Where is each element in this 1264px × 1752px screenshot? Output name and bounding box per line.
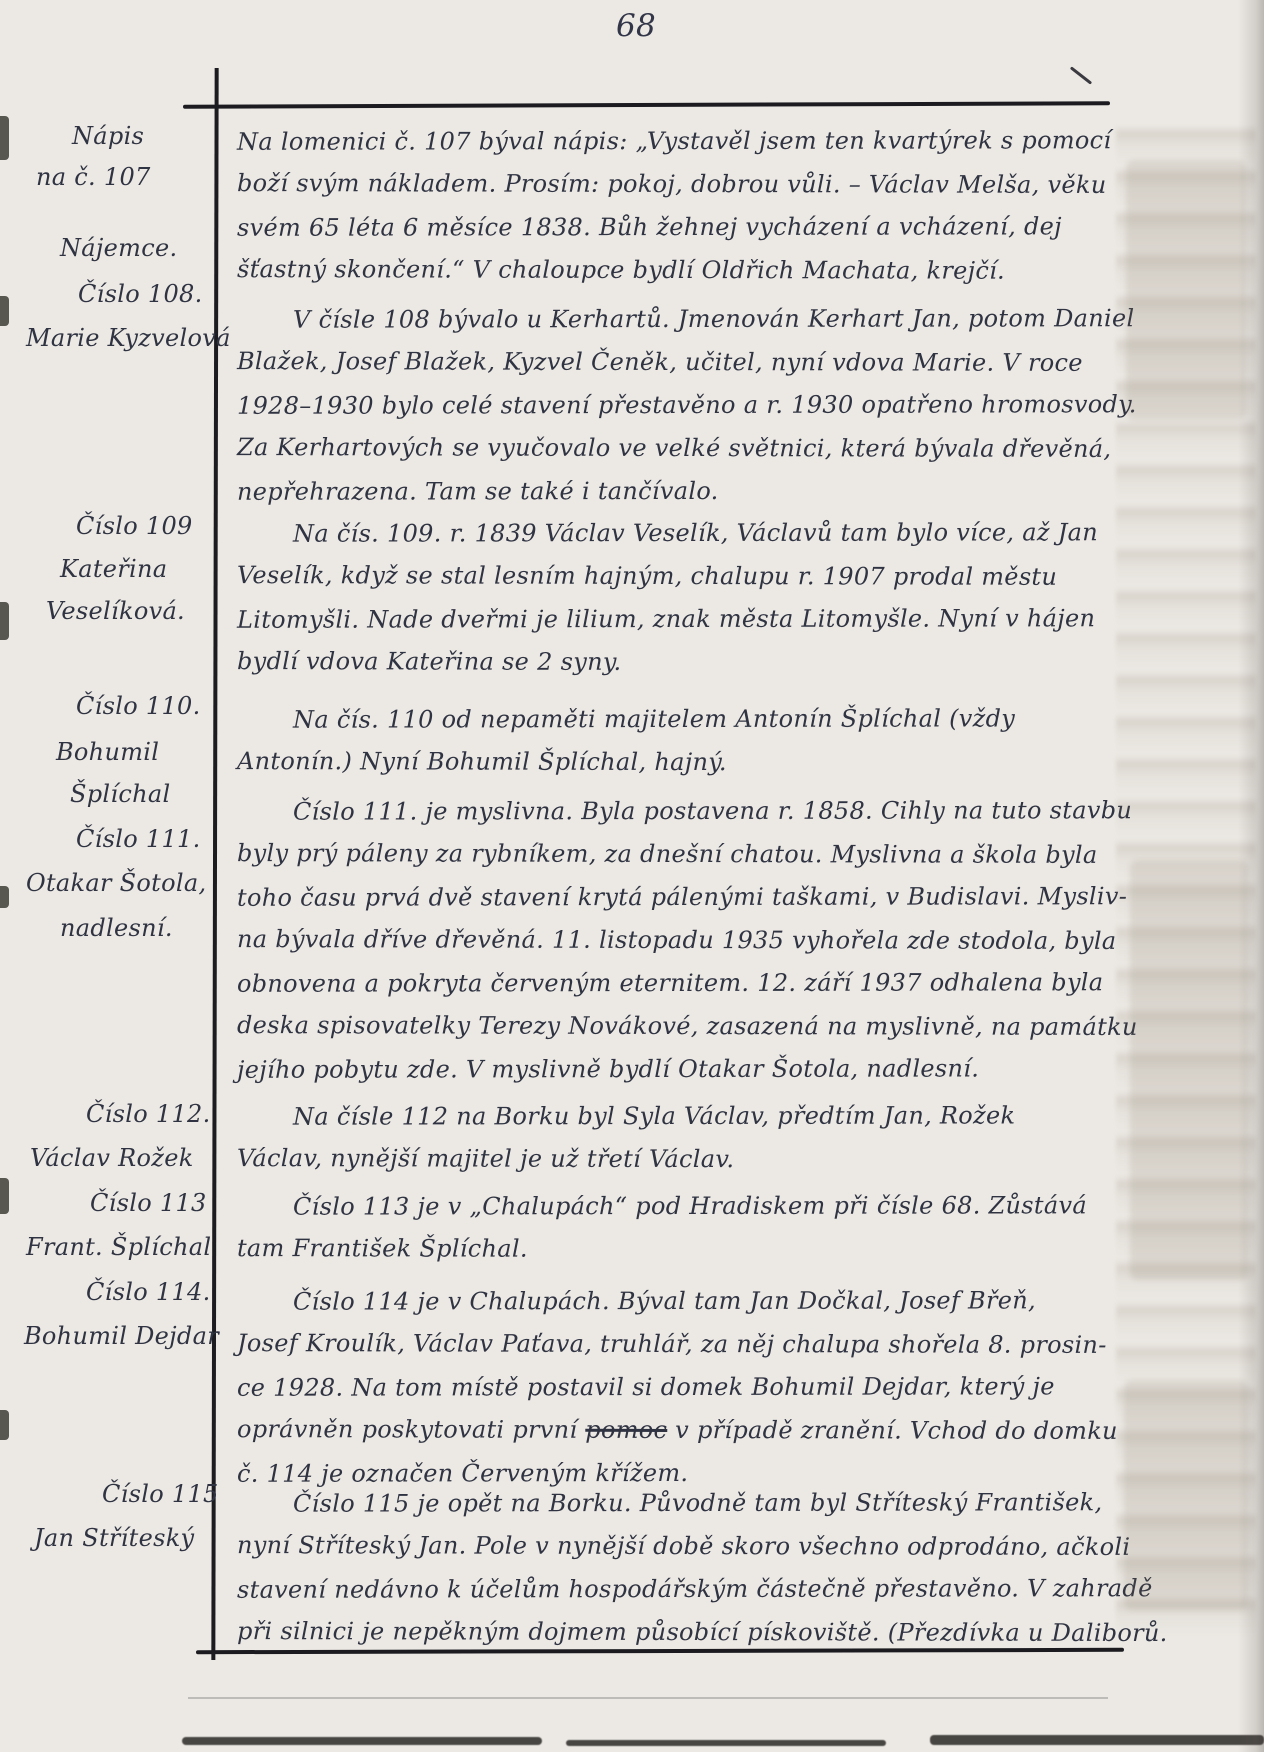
top-rule (183, 101, 1110, 109)
margin-rule (211, 68, 218, 1660)
bleed-through-blob (1126, 160, 1246, 420)
text-line: Číslo 113 je v „Chalupách“ pod Hradiskem… (237, 1184, 1125, 1229)
margin-note: Bohumil Dejdar (24, 1322, 219, 1350)
paragraph: V čísle 108 bývalo u Kerhartů. Jmenován … (237, 298, 1125, 513)
margin-note: Číslo 109 (76, 512, 193, 540)
scan-artifact (0, 296, 9, 326)
chronicle-page-scan: 68 Nápisna č. 107Nájemce.Číslo 108.Marie… (0, 0, 1264, 1752)
margin-note: Číslo 111. (76, 825, 201, 853)
scan-artifact (0, 886, 9, 908)
text-line: nyní Stříteský Jan. Pole v nynější době … (237, 1524, 1125, 1569)
text-line: oprávněn poskytovati první pomoc v přípa… (237, 1408, 1125, 1453)
scan-artifact (0, 1410, 9, 1440)
text-line: boží svým nákladem. Prosím: pokoj, dobro… (237, 162, 1125, 207)
margin-note: Jan Stříteský (34, 1524, 194, 1552)
paragraph: Na čís. 110 od nepaměti majitelem Antoní… (237, 698, 1125, 784)
paragraph: Číslo 113 je v „Chalupách“ pod Hradiskem… (237, 1185, 1125, 1271)
text-line: 1928–1930 bylo celé stavení přestavěno a… (237, 383, 1125, 428)
text-line: jejího pobytu zde. V myslivně bydlí Otak… (237, 1047, 1125, 1092)
margin-note: Číslo 112. (86, 1100, 211, 1128)
text-line: Na čís. 109. r. 1839 Václav Veselík, Vác… (237, 511, 1125, 556)
scan-artifact (0, 602, 9, 640)
text-line: Číslo 114 je v Chalupách. Býval tam Jan … (237, 1279, 1125, 1324)
text-line: šťastný skončení.“ V chaloupce bydlí Old… (237, 248, 1125, 293)
text-line: stavení nedávno k účelům hospodářským čá… (237, 1567, 1125, 1612)
margin-note: Václav Rožek (30, 1144, 194, 1172)
scan-artifact (930, 1735, 1264, 1745)
pen-mark (1070, 66, 1092, 84)
paragraph: Číslo 111. je myslivna. Byla postavena r… (237, 790, 1125, 1091)
text-line: Litomyšli. Nade dveřmi je lilium, znak m… (237, 597, 1125, 642)
margin-note: na č. 107 (36, 163, 151, 191)
paragraph: Číslo 115 je opět na Borku. Původně tam … (237, 1482, 1125, 1654)
margin-note: Číslo 114. (86, 1278, 211, 1306)
margin-note: Číslo 108. (78, 280, 203, 308)
margin-note: Frant. Šplíchal (26, 1233, 211, 1261)
text-line: Na čís. 110 od nepaměti majitelem Antoní… (237, 697, 1125, 742)
margin-note: Číslo 110. (76, 692, 201, 720)
text-line: Číslo 111. je myslivna. Byla postavena r… (237, 789, 1125, 834)
scan-artifact (0, 116, 9, 160)
text-line: na bývala dříve dřevěná. 11. listopadu 1… (237, 918, 1125, 963)
text-line: při silnici je nepěkným dojmem působící … (237, 1610, 1125, 1655)
text-segment: v případě zranění. Vchod do domku (667, 1416, 1118, 1445)
text-line: Václav, nynější majitel je už třetí Václ… (237, 1137, 1125, 1182)
text-line: obnovena a pokryta červeným eternitem. 1… (237, 961, 1125, 1006)
text-line: deska spisovatelky Terezy Novákové, zasa… (237, 1004, 1125, 1049)
struck-text: pomoc (585, 1416, 667, 1444)
text-line: Josef Kroulík, Václav Paťava, truhlář, z… (237, 1322, 1125, 1367)
paragraph: Na lomenici č. 107 býval nápis: „Vystavě… (237, 120, 1125, 292)
bleed-through-blob (1130, 860, 1248, 1280)
scan-artifact (182, 1737, 542, 1745)
text-line: Číslo 115 je opět na Borku. Původně tam … (237, 1481, 1125, 1526)
margin-note: Číslo 115 (102, 1480, 219, 1508)
margin-note: Číslo 113 (90, 1189, 207, 1217)
paragraph: Na čís. 109. r. 1839 Václav Veselík, Vác… (237, 512, 1125, 684)
page-number: 68 (596, 8, 676, 44)
scan-artifact (566, 1740, 886, 1746)
text-line: byly prý páleny za rybníkem, za dnešní c… (237, 832, 1125, 877)
text-line: Na lomenici č. 107 býval nápis: „Vystavě… (237, 119, 1125, 164)
text-line: nepřehrazena. Tam se také i tančívalo. (237, 469, 1125, 514)
text-line: tam František Šplíchal. (237, 1227, 1125, 1272)
margin-note: nadlesní. (60, 914, 173, 942)
margin-note: Marie Kyzvelová (26, 324, 231, 352)
paragraph: Na čísle 112 na Borku byl Syla Václav, p… (237, 1095, 1125, 1181)
margin-note: Otakar Šotola, (26, 869, 206, 897)
text-segment: oprávněn poskytovati první (237, 1415, 585, 1444)
text-line: ce 1928. Na tom místě postavil si domek … (237, 1365, 1125, 1410)
text-line: toho času prvá dvě stavení krytá páleným… (237, 875, 1125, 920)
margin-note: Bohumil (56, 738, 159, 766)
text-line: Na čísle 112 na Borku byl Syla Václav, p… (237, 1094, 1125, 1139)
paragraph: Číslo 114 je v Chalupách. Býval tam Jan … (237, 1280, 1125, 1495)
margin-note: Šplíchal (70, 780, 170, 808)
margin-note: Nápis (72, 122, 144, 150)
margin-note: Nájemce. (60, 234, 177, 262)
bottom-rule-faint (188, 1697, 1108, 1699)
text-line: Veselík, když se stal lesním hajným, cha… (237, 554, 1125, 599)
text-line: Za Kerhartových se vyučovalo ve velké sv… (237, 426, 1125, 471)
margin-note: Veselíková. (46, 597, 185, 625)
margin-note: Kateřina (60, 555, 167, 583)
text-line: bydlí vdova Kateřina se 2 syny. (237, 640, 1125, 685)
scan-artifact (0, 1178, 9, 1214)
text-line: svém 65 léta 6 měsíce 1838. Bůh žehnej v… (237, 205, 1125, 250)
text-line: Blažek, Josef Blažek, Kyzvel Čeněk, učit… (237, 340, 1125, 385)
bleed-through-blob (1124, 1380, 1248, 1610)
text-line: V čísle 108 bývalo u Kerhartů. Jmenován … (237, 297, 1125, 342)
text-line: Antonín.) Nyní Bohumil Šplíchal, hajný. (237, 740, 1125, 785)
